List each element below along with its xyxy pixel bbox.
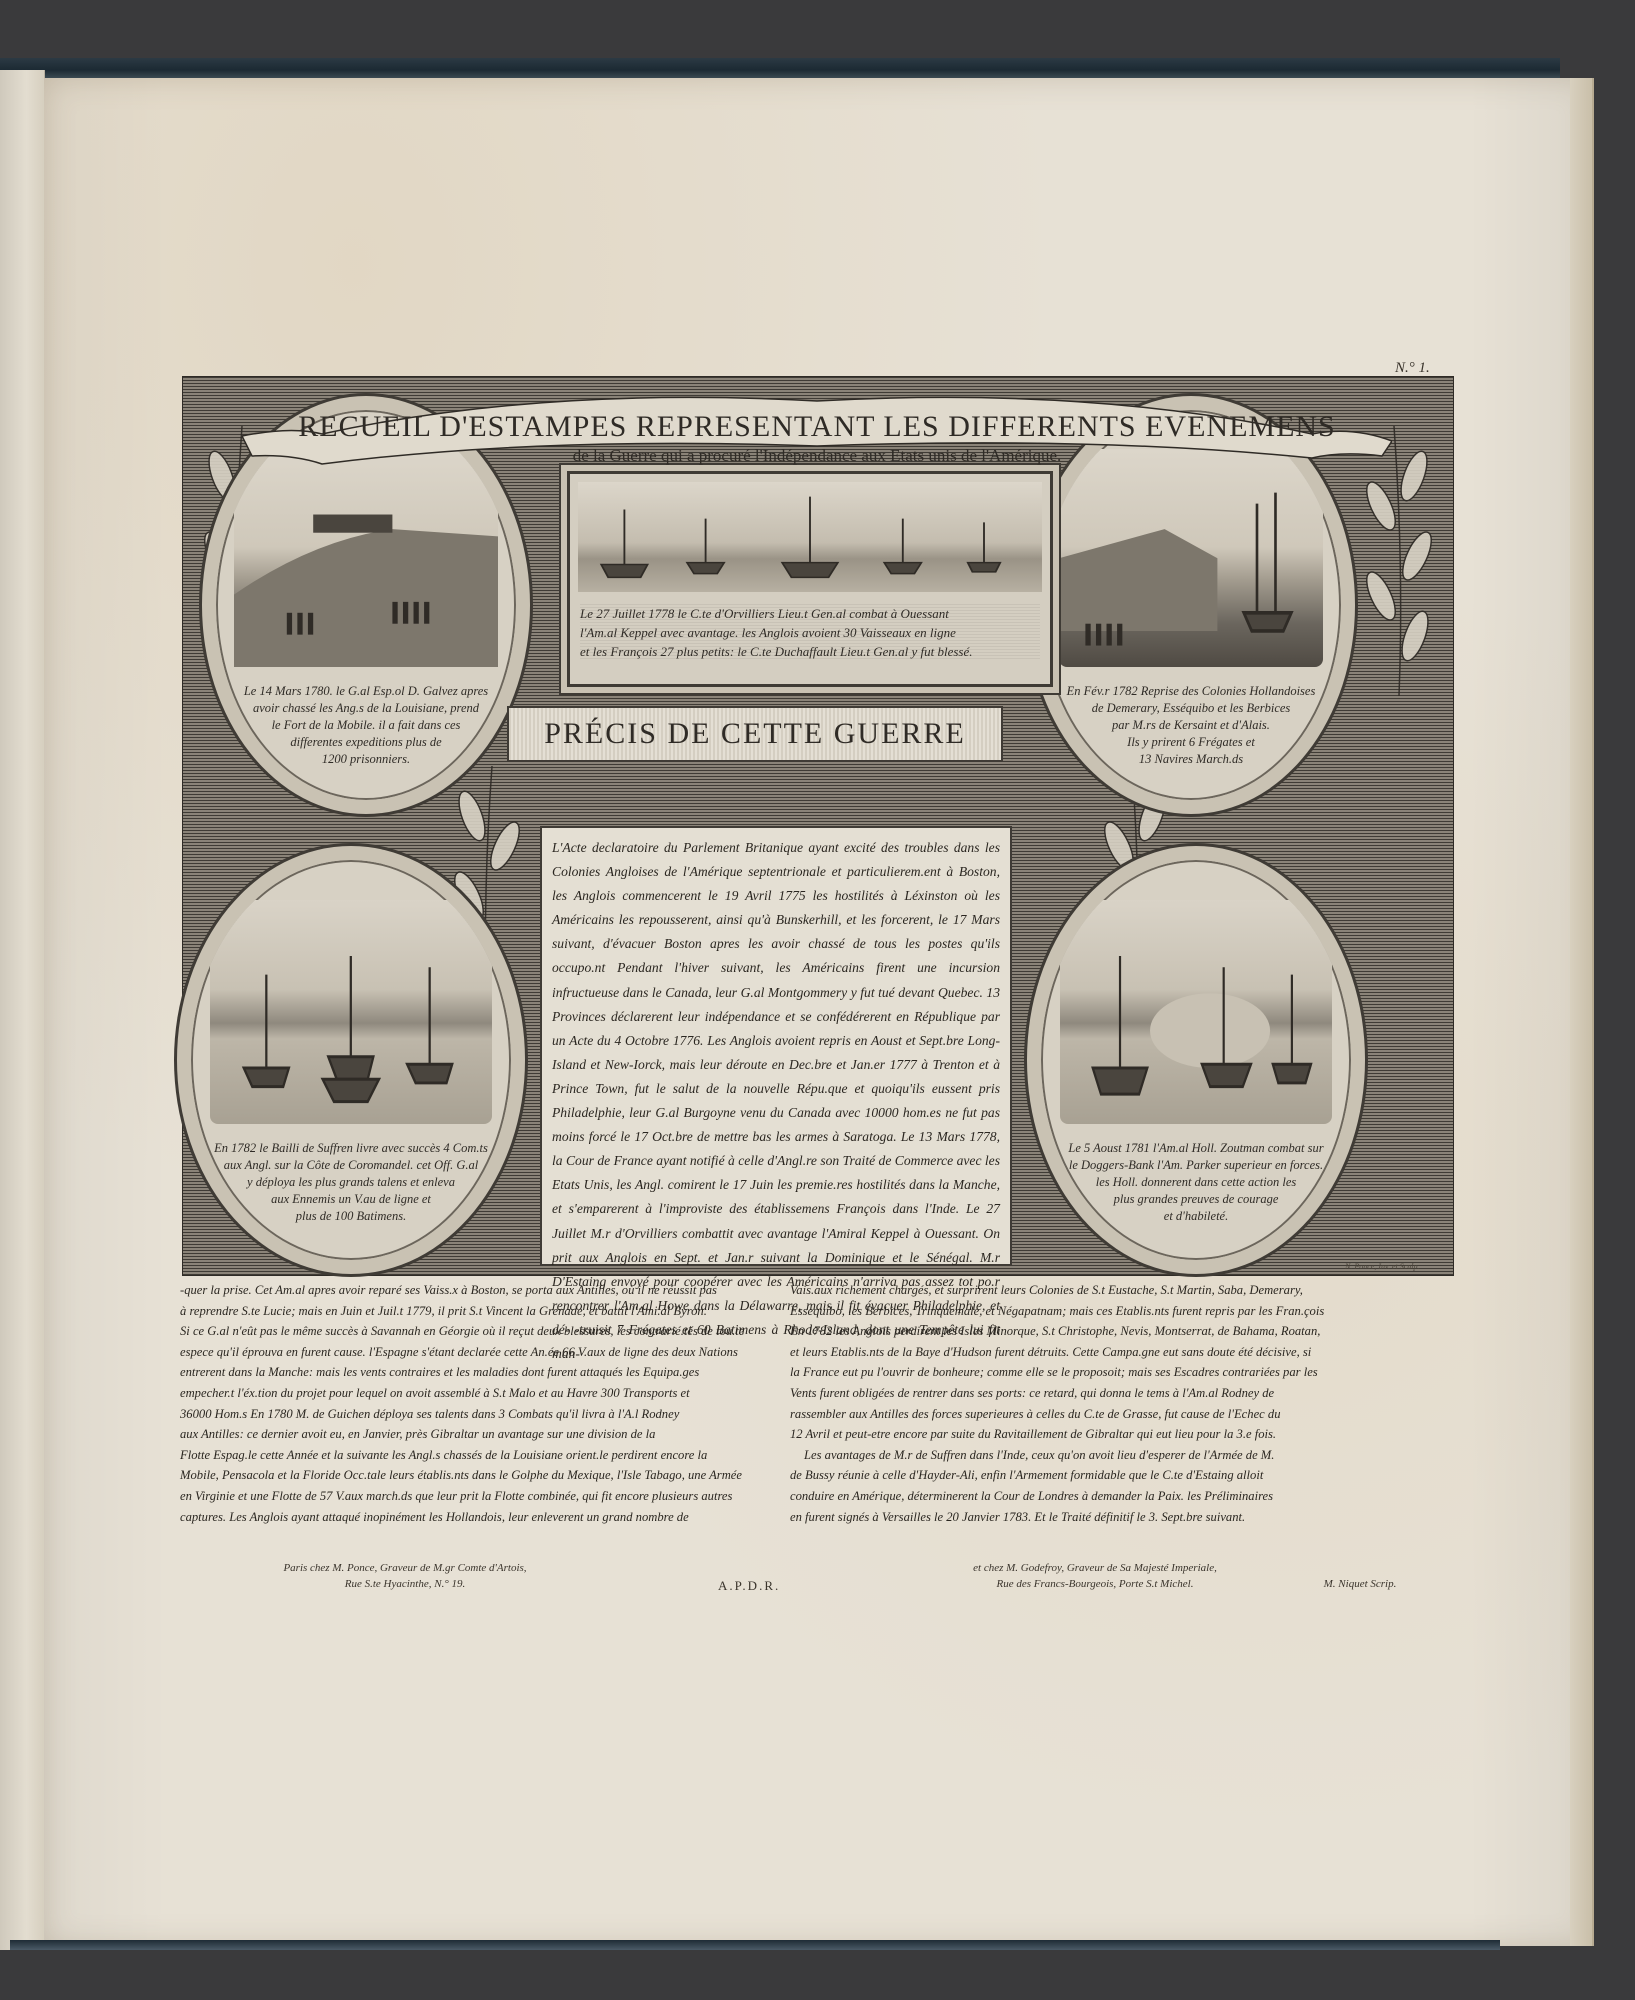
imprint-line: Paris chez M. Ponce, Graveur de M.gr Com…	[240, 1560, 570, 1576]
caption-line: par M.rs de Kersaint et d'Alais.	[1059, 717, 1323, 734]
caption-line: le Doggers-Bank l'Am. Parker superieur e…	[1060, 1157, 1333, 1174]
caption-line: avoir chassé les Ang.s de la Louisiane, …	[234, 700, 498, 717]
caption-line: differentes expeditions plus de	[234, 734, 498, 751]
caption-line: Le 5 Aoust 1781 l'Am.al Holl. Zoutman co…	[1060, 1140, 1333, 1157]
text-line: Si ce G.al n'eût pas le même succès à Sa…	[180, 1321, 780, 1342]
text-line: entrerent dans la Manche: mais les vents…	[180, 1362, 780, 1383]
text-line: -quer la prise. Cet Am.al apres avoir re…	[180, 1280, 780, 1301]
text-line: de Bussy réunie à celle d'Hayder-Ali, en…	[790, 1465, 1430, 1486]
caption-line: aux Angl. sur la Côte de Coromandel. cet…	[210, 1157, 492, 1174]
caption-line: Le 14 Mars 1780. le G.al Esp.ol D. Galve…	[234, 683, 498, 700]
text-line: Flotte Espag.le cette Année et la suivan…	[180, 1445, 780, 1466]
center-caption: Le 27 Juillet 1778 le C.te d'Orvilliers …	[580, 604, 1040, 661]
naval-battle-image	[578, 482, 1042, 592]
text-line: conduire en Amérique, déterminerent la C…	[790, 1486, 1430, 1507]
caption-line: En 1782 le Bailli de Suffren livre avec …	[210, 1140, 492, 1157]
text-line: en furent signés à Versailles le 20 Janv…	[790, 1507, 1430, 1528]
text-line: 12 Avril et peut-etre encore par suite d…	[790, 1424, 1430, 1445]
imprint-line: Rue S.te Hyacinthe, N.° 19.	[240, 1576, 570, 1592]
plate-number: N.° 1.	[1395, 360, 1430, 377]
caption-line: Le 27 Juillet 1778 le C.te d'Orvilliers …	[580, 604, 1040, 623]
text-line: aux Antilles: ce dernier avoit eu, en Ja…	[180, 1424, 780, 1445]
book-cover-bottom-edge	[10, 1940, 1500, 1950]
text-line: En 1782 les Anglois perdirent les Isles …	[790, 1321, 1430, 1342]
page-fore-edge	[1570, 78, 1594, 1946]
publisher-imprint-left: Paris chez M. Ponce, Graveur de M.gr Com…	[240, 1560, 570, 1592]
naval-battle-image	[1060, 900, 1333, 1124]
caption-line: l'Am.al Keppel avec avantage. les Angloi…	[580, 623, 1040, 642]
privilege-mark: A.P.D.R.	[718, 1578, 780, 1594]
text-line: espece qu'il éprouva en furent cause. l'…	[180, 1342, 780, 1363]
text-line: empecher.t l'éx.tion du projet pour lequ…	[180, 1383, 780, 1404]
caption-line: 13 Navires March.ds	[1059, 751, 1323, 768]
text-line: et leurs Etablis.nts de la Baye d'Hudson…	[790, 1342, 1430, 1363]
text-line: Essequibo, les Berbices, Trinquemale, et…	[790, 1301, 1430, 1322]
imprint-line: Rue des Francs-Bourgeois, Porte S.t Mich…	[930, 1576, 1260, 1592]
publisher-imprint-right: et chez M. Godefroy, Graveur de Sa Majes…	[930, 1560, 1260, 1592]
vignette-suffren-coromandel: En 1782 le Bailli de Suffren livre avec …	[177, 846, 525, 1274]
text-line: à reprendre S.te Lucie; mais en Juin et …	[180, 1301, 780, 1322]
engraved-plate: Le 14 Mars 1780. le G.al Esp.ol D. Galve…	[182, 376, 1454, 1276]
caption-line: et les François 27 plus petits: le C.te …	[580, 642, 1040, 661]
caption-line: de Demerary, Esséquibo et les Berbices	[1059, 700, 1323, 717]
text-line: la France eut pu l'ouvrir de bonheure; c…	[790, 1362, 1430, 1383]
caption-line: En Fév.r 1782 Reprise des Colonies Holla…	[1059, 683, 1323, 700]
caption-line: 1200 prisonniers.	[234, 751, 498, 768]
caption-line: plus de 100 Batimens.	[210, 1208, 492, 1225]
caption-line: y déploya les plus grands talens et enle…	[210, 1174, 492, 1191]
title-ribbon: RECUEIL D'ESTAMPES REPRESENTANT LES DIFF…	[242, 396, 1392, 476]
caption-line: les Holl. donnerent dans cette action le…	[1060, 1174, 1333, 1191]
text-line: Vents furent obligées de rentrer dans se…	[790, 1383, 1430, 1404]
text-column-left: -quer la prise. Cet Am.al apres avoir re…	[180, 1280, 780, 1527]
vignette-battle-of-ouessant: Le 27 Juillet 1778 le C.te d'Orvilliers …	[567, 471, 1053, 687]
caption-line: Ils y prirent 6 Frégates et	[1059, 734, 1323, 751]
scribe-credit: M. Niquet Scrip.	[1300, 1576, 1420, 1592]
caption-line: le Fort de la Mobile. il a fait dans ces	[234, 717, 498, 734]
vignette-dogger-bank: Le 5 Aoust 1781 l'Am.al Holl. Zoutman co…	[1027, 846, 1365, 1274]
text-line: Mobile, Pensacola et la Floride Occ.tale…	[180, 1465, 780, 1486]
text-line: Les avantages de M.r de Suffren dans l'I…	[790, 1445, 1430, 1466]
ribbon-title: RECUEIL D'ESTAMPES REPRESENTANT LES DIFF…	[242, 410, 1392, 444]
battle-scene-image	[1059, 449, 1323, 667]
battle-scene-image	[234, 449, 498, 667]
caption-line: aux Ennemis un V.au de ligne et	[210, 1191, 492, 1208]
text-line: rassembler aux Antilles des forces super…	[790, 1404, 1430, 1425]
text-line: captures. Les Anglois ayant attaqué inop…	[180, 1507, 780, 1528]
precis-heading: PRÉCIS DE CETTE GUERRE	[507, 706, 1003, 762]
caption-line: plus grandes preuves de courage	[1060, 1191, 1333, 1208]
book-cover-top-edge	[0, 58, 1560, 79]
facing-page-edge	[0, 70, 45, 1950]
text-column-right: Vais.aux richement chargés, et surpriren…	[790, 1280, 1430, 1527]
caption-line: et d'habileté.	[1060, 1208, 1333, 1225]
precis-text-box: L'Acte declaratoire du Parlement Britani…	[540, 826, 1012, 1266]
text-line: 36000 Hom.s En 1780 M. de Guichen déploy…	[180, 1404, 780, 1425]
ribbon-subtitle: de la Guerre qui a procuré l'Indépendanc…	[242, 446, 1392, 466]
text-line: en Virginie et une Flotte de 57 V.aux ma…	[180, 1486, 780, 1507]
imprint-line: et chez M. Godefroy, Graveur de Sa Majes…	[930, 1560, 1260, 1576]
engraver-credit: N. Ponce, Inv. et Sculp.	[1345, 1262, 1420, 1271]
naval-battle-image	[210, 900, 492, 1124]
text-line: Vais.aux richement chargés, et surpriren…	[790, 1280, 1430, 1301]
